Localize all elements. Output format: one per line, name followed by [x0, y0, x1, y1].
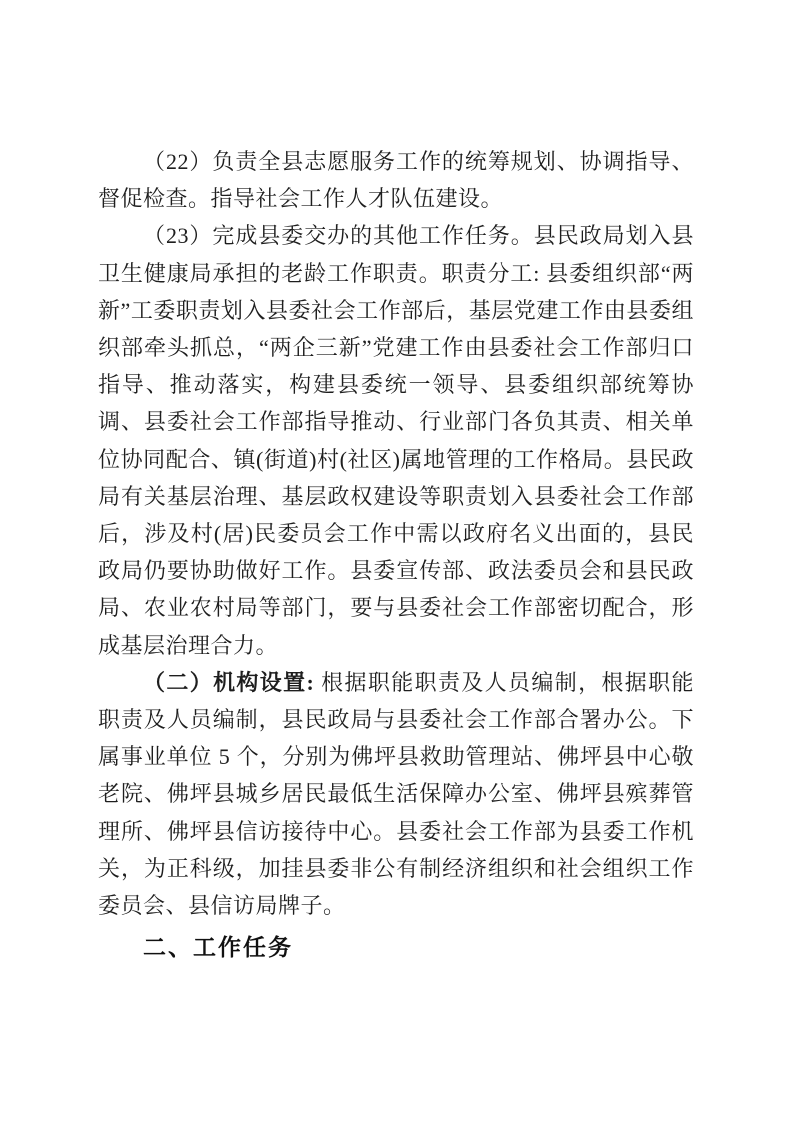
paragraph-item-22: （22）负责全县志愿服务工作的统筹规划、协调指导、督促检查。指导社会工作人才队伍…	[98, 143, 694, 217]
paragraph-item-23: （23）完成县委交办的其他工作任务。县民政局划入县卫生健康局承担的老龄工作职责。…	[98, 217, 694, 663]
section-heading-work-tasks: 二、工作任务	[98, 929, 694, 966]
paragraph-org-setup: （二）机构设置: 根据职能职责及人员编制，根据职能职责及人员编制，县民政局与县委…	[98, 664, 694, 924]
org-setup-lead-label: （二）机构设置:	[143, 670, 314, 695]
document-page: （22）负责全县志愿服务工作的统筹规划、协调指导、督促检查。指导社会工作人才队伍…	[0, 0, 792, 1121]
document-body: （22）负责全县志愿服务工作的统筹规划、协调指导、督促检查。指导社会工作人才队伍…	[98, 143, 694, 966]
org-setup-body-text: 根据职能职责及人员编制，根据职能职责及人员编制，县民政局与县委社会工作部合署办公…	[98, 670, 694, 918]
